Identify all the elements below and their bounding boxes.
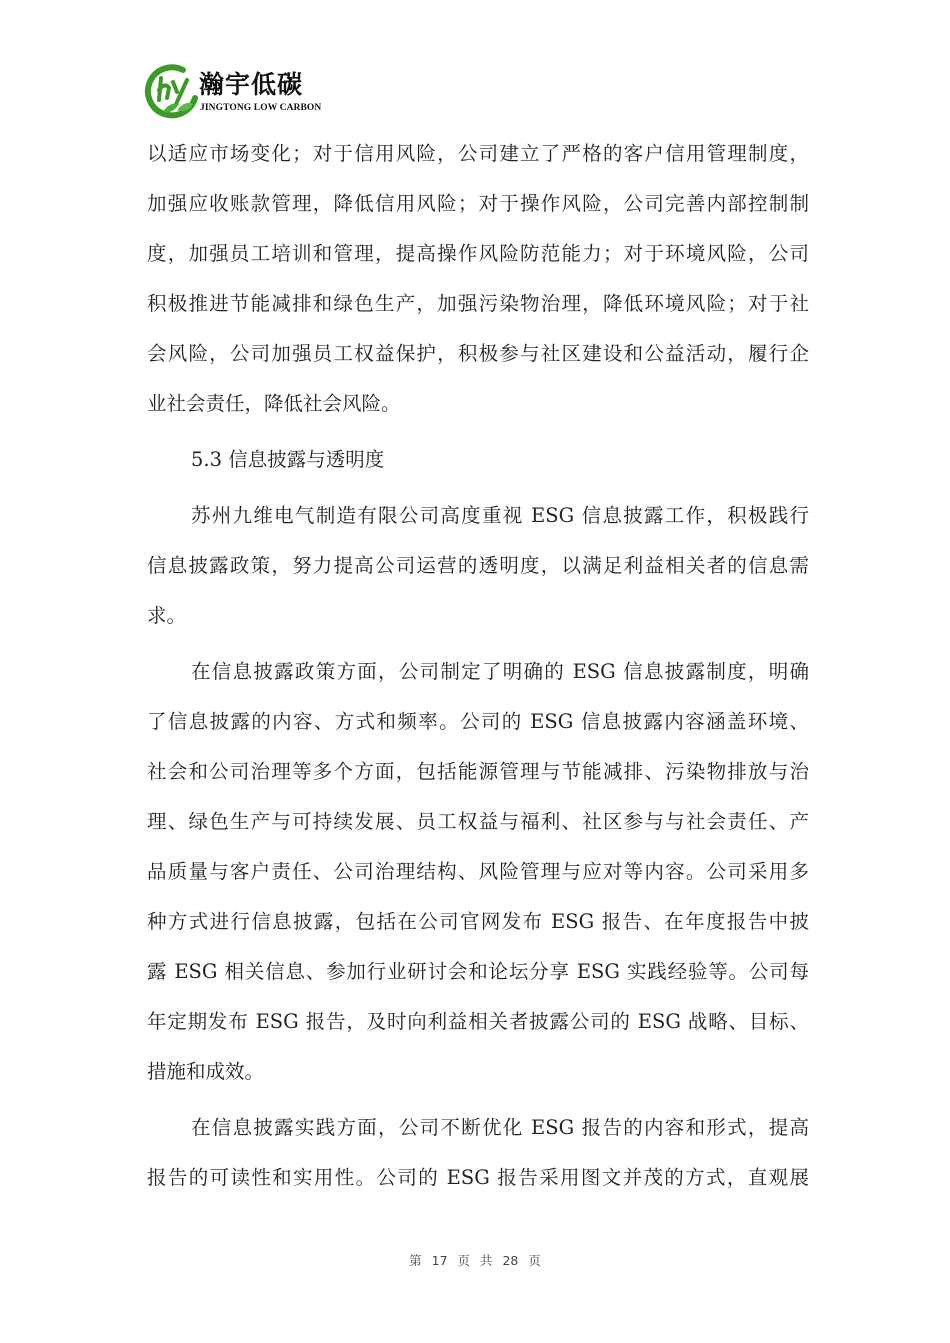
text-line: 以适应市场变化；对于信用风险，公司建立了严格的客户信用管理制度， — [147, 129, 809, 179]
text-line: 求。 — [147, 591, 809, 641]
document-body: 以适应市场变化；对于信用风险，公司建立了严格的客户信用管理制度， 加强应收账款管… — [147, 129, 809, 1203]
text-line: 种方式进行信息披露，包括在公司官网发布 ESG 报告、在年度报告中披 — [147, 897, 809, 947]
text-line: 年定期发布 ESG 报告，及时向利益相关者披露公司的 ESG 战略、目标、 — [147, 997, 809, 1047]
page-number: 第 17 页 共 28 页 — [0, 1251, 950, 1269]
company-logo: 瀚宇低碳 JINGTONG LOW CARBON — [143, 64, 333, 122]
section-heading: 5.3 信息披露与透明度 — [147, 435, 809, 485]
text-line: 报告的可读性和实用性。公司的 ESG 报告采用图文并茂的方式，直观展 — [147, 1153, 809, 1203]
text-line: 措施和成效。 — [147, 1047, 809, 1097]
logo-name-cn: 瀚宇低碳 — [199, 70, 303, 100]
logo-name-en: JINGTONG LOW CARBON — [200, 103, 321, 113]
text-line: 信息披露政策，努力提高公司运营的透明度，以满足利益相关者的信息需 — [147, 541, 809, 591]
text-line: 积极推进节能减排和绿色生产，加强污染物治理，降低环境风险；对于社 — [147, 279, 809, 329]
text-line: 度，加强员工培训和管理，提高操作风险防范能力；对于环境风险，公司 — [147, 229, 809, 279]
text-line: 在信息披露实践方面，公司不断优化 ESG 报告的内容和形式，提高 — [147, 1103, 809, 1153]
paragraph-disclosure-intro: 苏州九维电气制造有限公司高度重视 ESG 信息披露工作，积极践行 信息披露政策，… — [147, 491, 809, 641]
text-line: 加强应收账款管理，降低信用风险；对于操作风险，公司完善内部控制制 — [147, 179, 809, 229]
paragraph-disclosure-practice: 在信息披露实践方面，公司不断优化 ESG 报告的内容和形式，提高 报告的可读性和… — [147, 1103, 809, 1203]
text-line: 苏州九维电气制造有限公司高度重视 ESG 信息披露工作，积极践行 — [147, 491, 809, 541]
text-line: 露 ESG 相关信息、参加行业研讨会和论坛分享 ESG 实践经验等。公司每 — [147, 947, 809, 997]
paragraph-risk-measures: 以适应市场变化；对于信用风险，公司建立了严格的客户信用管理制度， 加强应收账款管… — [147, 129, 809, 429]
text-line: 会风险，公司加强员工权益保护，积极参与社区建设和公益活动，履行企 — [147, 329, 809, 379]
paragraph-disclosure-policy: 在信息披露政策方面，公司制定了明确的 ESG 信息披露制度，明确 了信息披露的内… — [147, 647, 809, 1097]
text-line: 品质量与客户责任、公司治理结构、风险管理与应对等内容。公司采用多 — [147, 847, 809, 897]
leaf-hy-logo-icon — [143, 64, 199, 120]
text-line: 理、绿色生产与可持续发展、员工权益与福利、社区参与与社会责任、产 — [147, 797, 809, 847]
text-line: 社会和公司治理等多个方面，包括能源管理与节能减排、污染物排放与治 — [147, 747, 809, 797]
text-line: 在信息披露政策方面，公司制定了明确的 ESG 信息披露制度，明确 — [147, 647, 809, 697]
text-line: 了信息披露的内容、方式和频率。公司的 ESG 信息披露内容涵盖环境、 — [147, 697, 809, 747]
text-line: 业社会责任，降低社会风险。 — [147, 379, 809, 429]
